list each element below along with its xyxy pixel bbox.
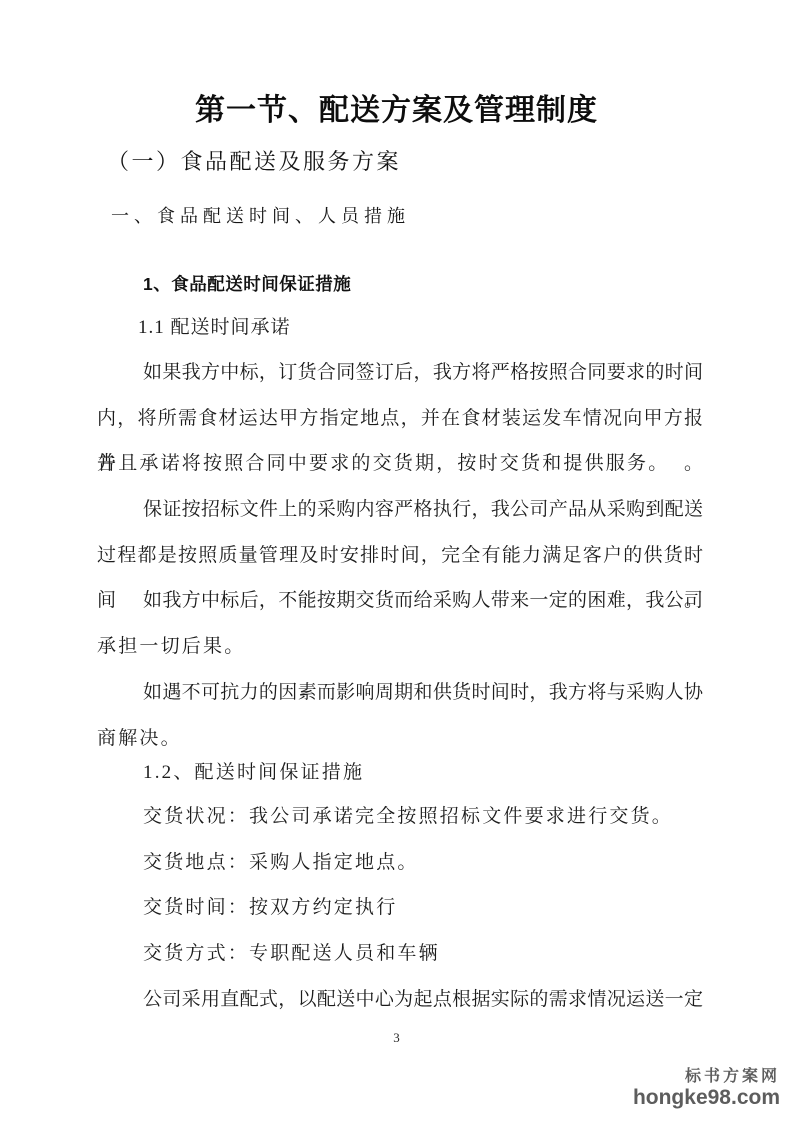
- body-line: 承担一切后果。: [97, 624, 703, 670]
- body-line: 如我方中标后，不能按期交货而给采购人带来一定的困难，我公司: [97, 578, 703, 624]
- paragraphs-commitment: 如果我方中标，订货合同签订后，我方将严格按照合同要求的时间 内，将所需食材运达甲…: [97, 350, 703, 761]
- watermark-logo: 标书方案网 hongke98.com: [633, 1067, 780, 1109]
- doc-title: 第一节、配送方案及管理制度: [0, 90, 793, 132]
- heading-food-delivery-time: 1、食品配送时间保证措施: [143, 262, 351, 307]
- body-line: 并且承诺将按照合同中要求的交货期，按时交货和提供服务。: [97, 441, 703, 487]
- delivery-line: 交货地点：采购人指定地点。: [97, 840, 703, 886]
- delivery-line: 交货方式：专职配送人员和车辆: [97, 931, 703, 977]
- watermark-site-name: 标书方案网: [633, 1067, 780, 1086]
- heading-delivery-guarantee: 1.2、配送时间保证措施: [97, 750, 703, 796]
- heading-delivery-guarantee-wrap: 1.2、配送时间保证措施: [97, 750, 703, 796]
- doc-subtitle: （一）食品配送及服务方案: [107, 145, 401, 179]
- section-heading: 一、食品配送时间、人员措施: [111, 194, 410, 239]
- delivery-line: 交货状况：我公司承诺完全按照招标文件要求进行交货。: [97, 794, 703, 840]
- body-line: 如遇不可抗力的因素而影响周期和供货时间时，我方将与采购人协: [97, 670, 703, 716]
- paragraphs-delivery-terms: 交货状况：我公司承诺完全按照招标文件要求进行交货。 交货地点：采购人指定地点。 …: [97, 794, 703, 1022]
- delivery-line: 公司采用直配式，以配送中心为起点根据实际的需求情况运送一定: [97, 977, 703, 1023]
- page-number: 3: [0, 1028, 793, 1048]
- body-line: 如果我方中标，订货合同签订后，我方将严格按照合同要求的时间: [97, 350, 703, 396]
- body-line: 内，将所需食材运达甲方指定地点，并在食材装运发车情况向甲方报告。: [97, 396, 703, 442]
- document-page: 第一节、配送方案及管理制度 （一）食品配送及服务方案 一、食品配送时间、人员措施…: [0, 0, 793, 1122]
- delivery-line: 交货时间：按双方约定执行: [97, 885, 703, 931]
- heading-delivery-time-commitment: 1.1 配送时间承诺: [138, 305, 291, 351]
- body-line: 过程都是按照质量管理及时安排时间，完全有能力满足客户的供货时间。: [97, 533, 703, 579]
- watermark-site-url: hongke98.com: [633, 1086, 780, 1109]
- body-line: 保证按招标文件上的采购内容严格执行，我公司产品从采购到配送: [97, 487, 703, 533]
